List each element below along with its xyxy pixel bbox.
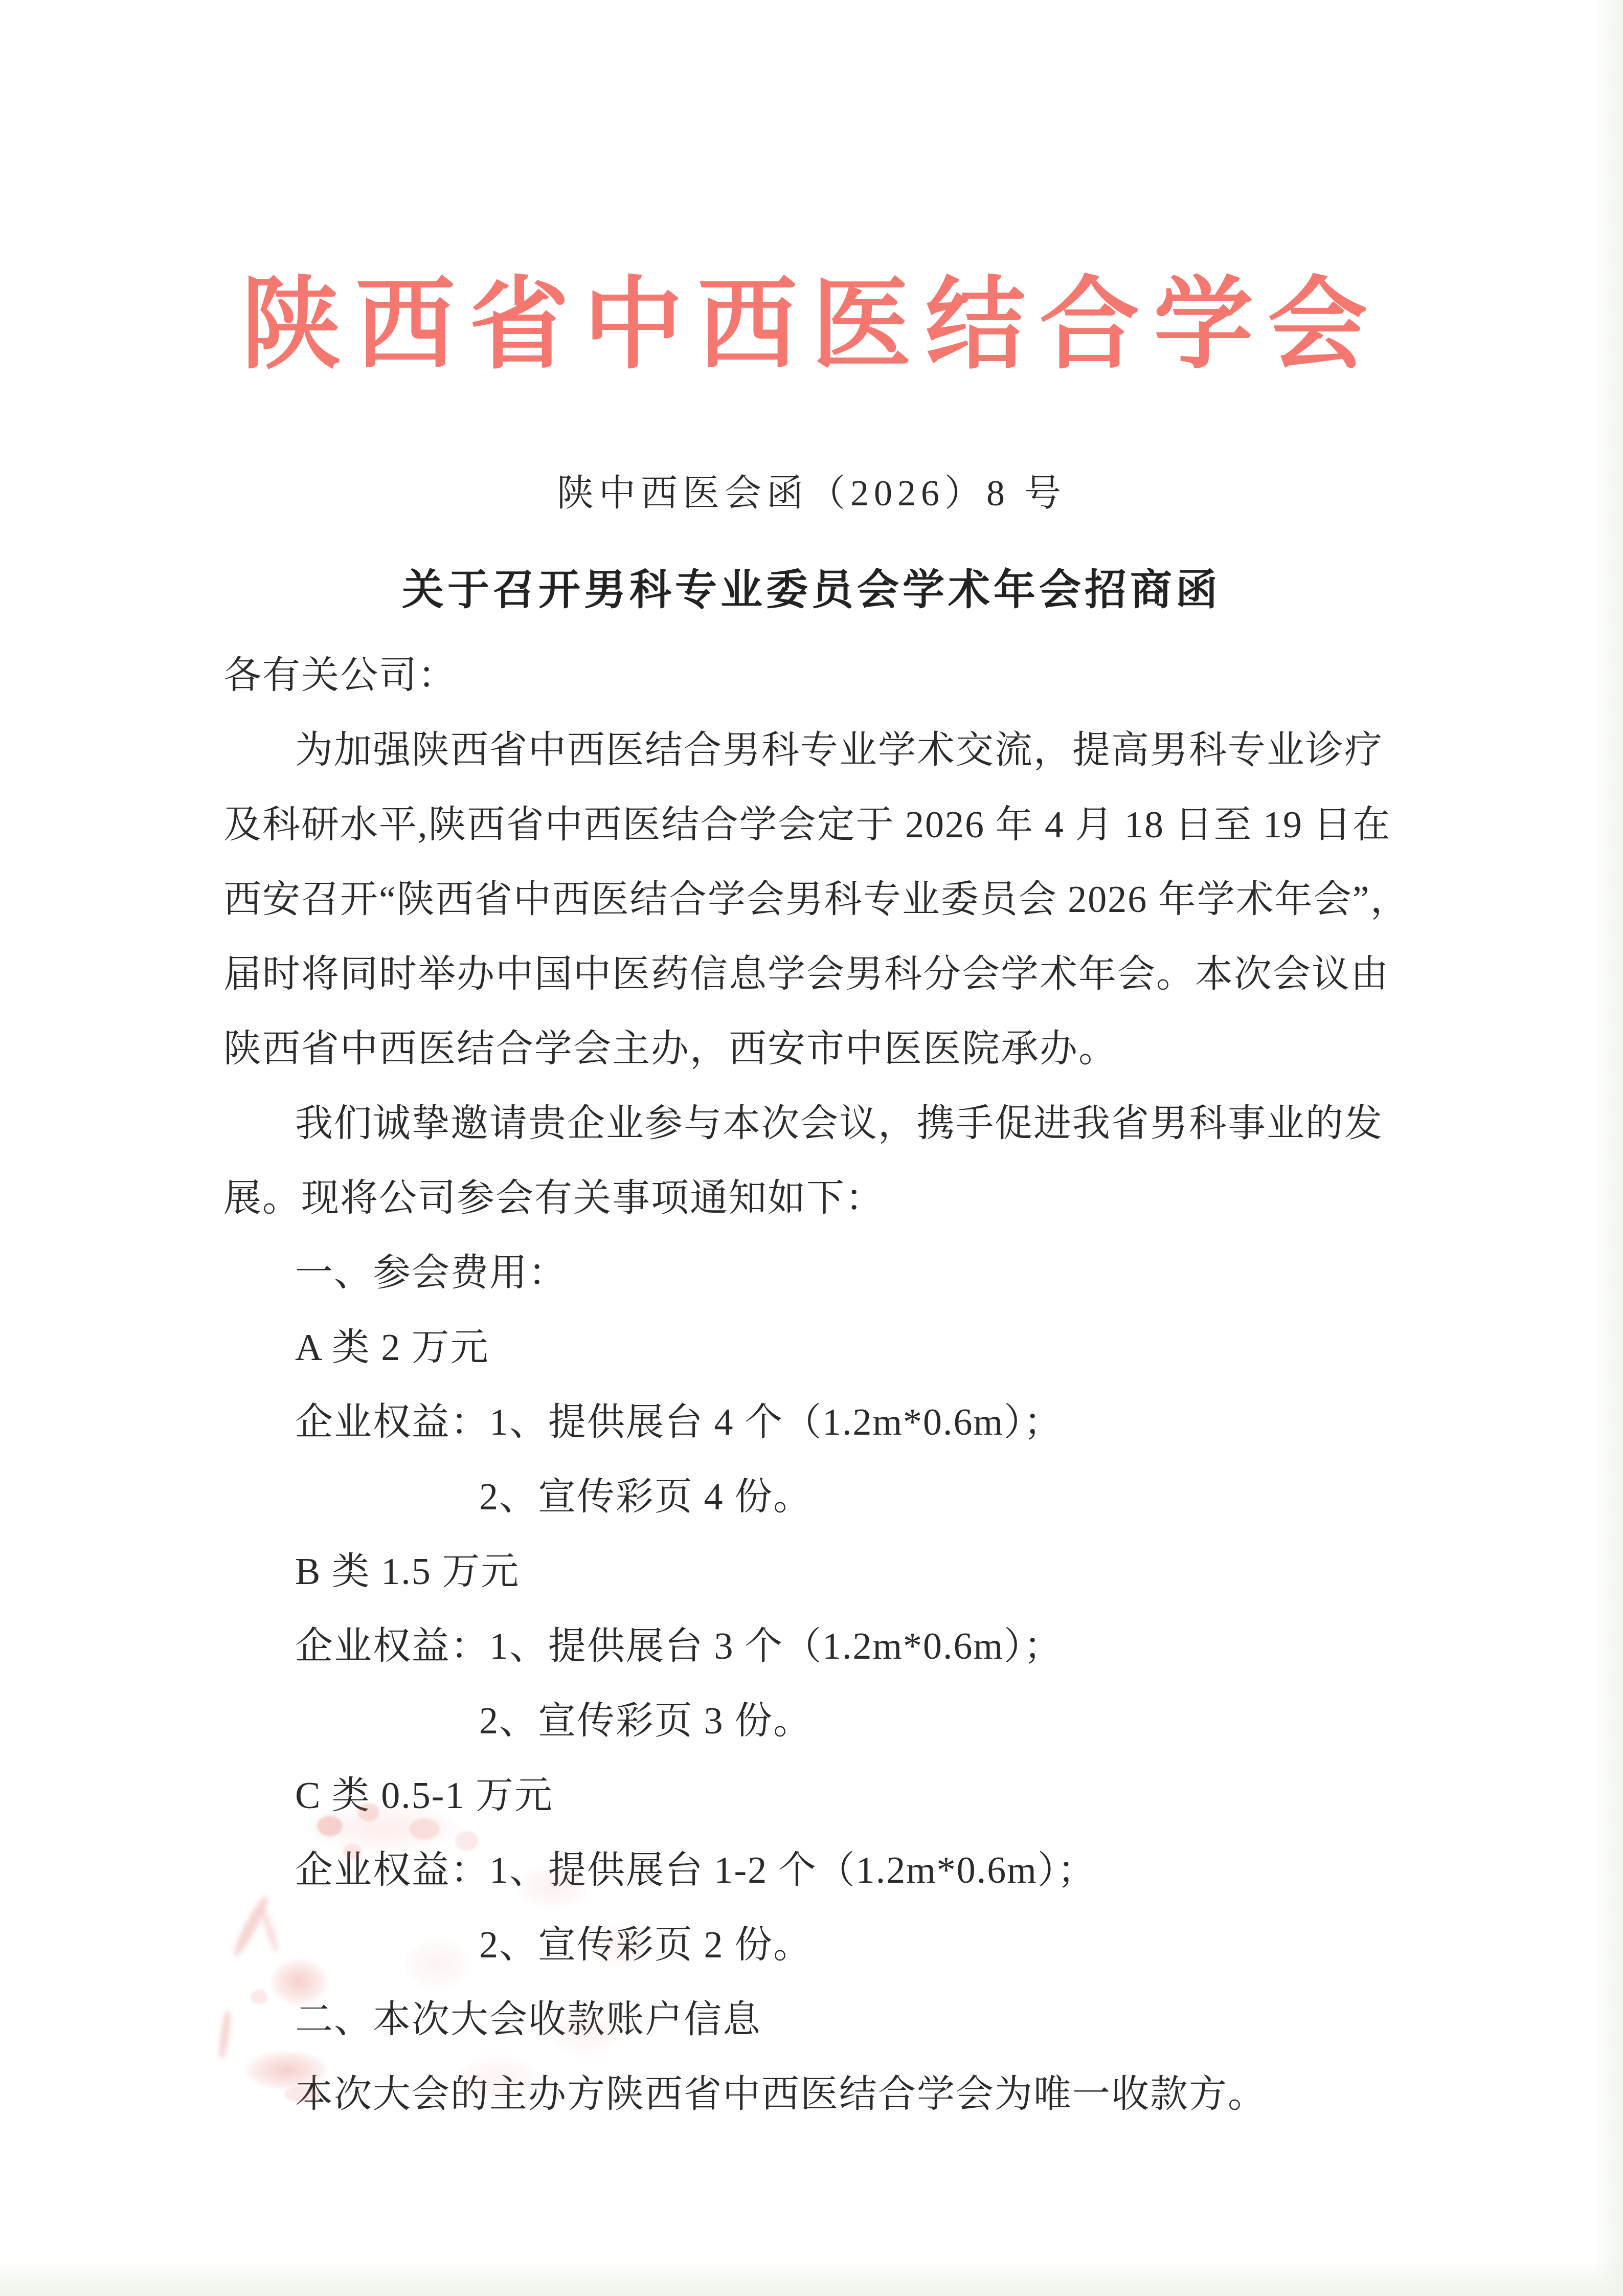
body-line: 我们诚挚邀请贵企业参与本次会议，携手促进我省男科事业的发 xyxy=(223,1086,1415,1161)
scan-edge-bottom xyxy=(0,2260,1623,2296)
body-line: 为加强陕西省中西医结合男科专业学术交流，提高男科专业诊疗 xyxy=(223,713,1415,788)
body-line: 届时将同时举办中国中医药信息学会男科分会学术年会。本次会议由 xyxy=(223,937,1415,1012)
tier-a-benefit-1: 企业权益：1、提供展台 4 个（1.2m*0.6m）； xyxy=(223,1385,1415,1460)
tier-c-heading: C 类 0.5-1 万元 xyxy=(223,1758,1415,1833)
salutation-line: 各有关公司： xyxy=(223,638,1415,713)
section-2-heading: 二、本次大会收款账户信息 xyxy=(223,1982,1415,2057)
letter-page: 陕西省中西医结合学会 陕中西医会函（2026）8 号 关于召开男科专业委员会学术… xyxy=(0,0,1623,2296)
body-line: 展。现将公司参会有关事项通知如下： xyxy=(223,1161,1415,1236)
tier-a-heading: A 类 2 万元 xyxy=(223,1310,1415,1385)
tier-b-benefit-2: 2、宣传彩页 3 份。 xyxy=(223,1684,1415,1758)
letter-body: 各有关公司： 为加强陕西省中西医结合男科专业学术交流，提高男科专业诊疗 及科研水… xyxy=(223,638,1415,2132)
tier-c-benefit-2: 2、宣传彩页 2 份。 xyxy=(223,1908,1415,1982)
tier-a-benefit-2: 2、宣传彩页 4 份。 xyxy=(223,1460,1415,1534)
section-1-heading: 一、参会费用： xyxy=(223,1236,1415,1310)
scan-edge-right xyxy=(1595,0,1623,2296)
subject-title: 关于召开男科专业委员会学术年会招商函 xyxy=(0,556,1623,616)
document-number: 陕中西医会函（2026）8 号 xyxy=(0,463,1623,516)
body-line: 陕西省中西医结合学会主办，西安市中医医院承办。 xyxy=(223,1012,1415,1086)
organization-title: 陕西省中西医结合学会 xyxy=(0,266,1623,386)
tier-b-benefit-1: 企业权益：1、提供展台 3 个（1.2m*0.6m）； xyxy=(223,1609,1415,1684)
tier-b-heading: B 类 1.5 万元 xyxy=(223,1534,1415,1609)
body-line: 西安召开“陕西省中西医结合学会男科专业委员会 2026 年学术年会”， xyxy=(223,862,1415,937)
body-line: 本次大会的主办方陕西省中西医结合学会为唯一收款方。 xyxy=(223,2057,1415,2132)
body-line: 及科研水平,陕西省中西医结合学会定于 2026 年 4 月 18 日至 19 日… xyxy=(223,788,1415,862)
tier-c-benefit-1: 企业权益：1、提供展台 1-2 个（1.2m*0.6m）； xyxy=(223,1833,1415,1908)
